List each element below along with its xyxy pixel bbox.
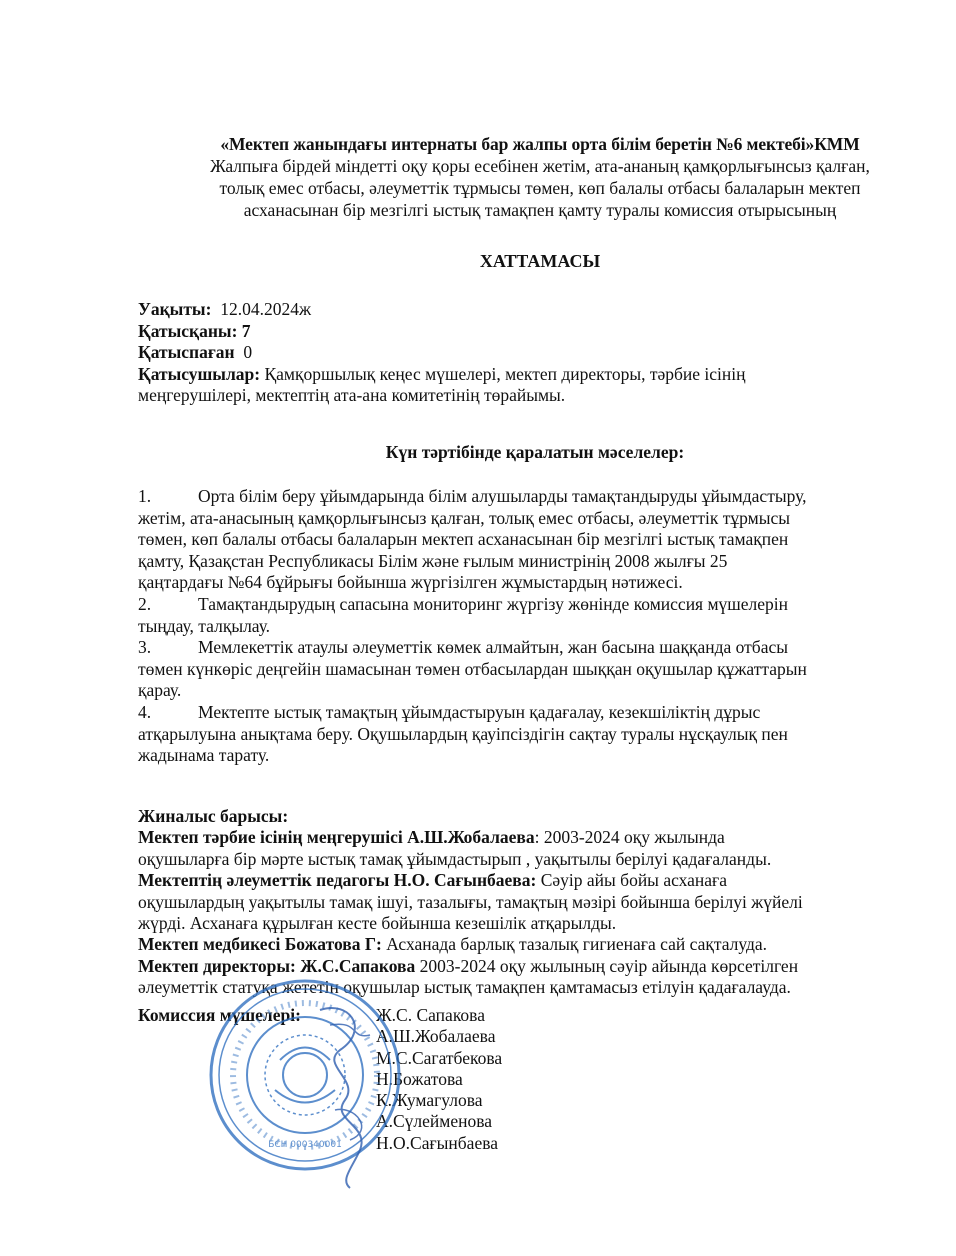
time-value: 12.04.2024ж [220, 299, 311, 319]
commission-member: Н.О.Сағынбаева [376, 1133, 502, 1154]
report-text: Асханада барлық тазалық гигиенаға сай са… [382, 934, 767, 954]
agenda-text: қамту, Қазақстан Республикасы Білім және… [138, 551, 928, 573]
agenda-item: 3.Мемлекеттік атаулы әлеуметтік көмек ал… [138, 637, 928, 702]
report-item: Мектептің әлеуметтік педагогы Н.О. Сағын… [138, 870, 938, 934]
absent-label: Қатыспаған [138, 342, 235, 362]
stamp-id-text: БСН 000340001 [268, 1140, 342, 1150]
meta-present: Қатысқаны: 7 [138, 321, 928, 343]
agenda-text: Орта білім беру ұйымдарында білім алушыл… [198, 486, 807, 506]
agenda-text: жетім, ата-анасының қамқорлығынсыз қалға… [138, 508, 928, 530]
report-text: жүрді. Асханаға құрылған кесте бойынша к… [138, 913, 938, 934]
agenda-text: атқарылуына анықтама беру. Оқушылардың қ… [138, 724, 928, 746]
meta-participants: Қатысушылар: Қамқоршылық кеңес мүшелері,… [138, 364, 928, 386]
agenda-item: 2.Тамақтандырудың сапасына мониторинг жү… [138, 594, 928, 637]
participants-continued: меңгерушілері, мектептің ата-ана комитет… [138, 385, 928, 407]
agenda-text: төмен, көп балалы отбасы балаларын мекте… [138, 529, 928, 551]
commission-member: А.Ш.Жобалаева [376, 1026, 502, 1047]
document-heading: ХАТТАМАСЫ [140, 250, 940, 272]
report-speaker: Мектеп медбикесі Божатова Г: [138, 934, 382, 954]
commission-member: Н.Божатова [376, 1069, 502, 1090]
agenda-item: 1.Орта білім беру ұйымдарында білім алуш… [138, 486, 928, 594]
report-text: Сәуір айы бойы асханаға [536, 870, 727, 890]
report-speaker: Мектептің әлеуметтік педагогы Н.О. Сағын… [138, 870, 536, 890]
meta-absent: Қатыспаған 0 [138, 342, 928, 364]
agenda-number: 3. [138, 637, 198, 659]
time-label: Уақыты: [138, 299, 211, 319]
commission-member: К.Жумагулова [376, 1090, 502, 1111]
protocol-document: «Мектеп жанындағы интернаты бар жалпы ор… [0, 0, 956, 1256]
organization-title: «Мектеп жанындағы интернаты бар жалпы ор… [140, 133, 940, 155]
participants-label: Қатысушылар: [138, 364, 260, 384]
agenda-title: Күн тәртібінде қаралатын мәселелер: [140, 441, 930, 463]
agenda-list: 1.Орта білім беру ұйымдарында білім алуш… [138, 486, 928, 767]
present-value: 7 [242, 321, 251, 341]
agenda-text: Мемлекеттік атаулы әлеуметтік көмек алма… [198, 637, 788, 657]
report-item: Мектеп директоры: Ж.С.Сапакова 2003-2024… [138, 956, 938, 999]
report-speaker: Мектеп тәрбие ісінің меңгерушісі А.Ш.Жоб… [138, 827, 535, 847]
subtitle-line: Жалпыға бірдей міндетті оқу қоры есебіне… [140, 155, 940, 177]
agenda-text: Мектепте ыстық тамақтың ұйымдастыруын қа… [198, 702, 760, 722]
present-label: Қатысқаны: [138, 321, 237, 341]
agenda-number: 1. [138, 486, 198, 508]
agenda-item: 4.Мектепте ыстық тамақтың ұйымдастыруын … [138, 702, 928, 767]
report-text: әлеуметтік статуқа жететін оқушылар ысты… [138, 977, 938, 998]
meeting-meta: Уақыты: 12.04.2024ж Қатысқаны: 7 Қатыспа… [138, 299, 928, 407]
absent-value: 0 [243, 342, 252, 362]
meta-time: Уақыты: 12.04.2024ж [138, 299, 928, 321]
agenda-text: төмен күнкөріс деңгейін шамасынан төмен … [138, 659, 928, 681]
report-item: Мектеп медбикесі Божатова Г: Асханада ба… [138, 934, 938, 955]
participants-text: Қамқоршылық кеңес мүшелері, мектеп дирек… [264, 364, 745, 384]
proceedings-title: Жиналыс барысы: [138, 806, 288, 826]
document-subtitle: Жалпыға бірдей міндетті оқу қоры есебіне… [140, 155, 940, 221]
agenda-text: тыңдау, талқылау. [138, 616, 928, 638]
agenda-text: жадынама тарату. [138, 745, 928, 767]
meeting-proceedings: Жиналыс барысы: Мектеп тәрбие ісінің мең… [138, 806, 938, 999]
agenda-number: 4. [138, 702, 198, 724]
report-speaker: Мектеп директоры: Ж.С.Сапакова [138, 956, 415, 976]
agenda-number: 2. [138, 594, 198, 616]
subtitle-line: толық емес отбасы, әлеуметтік тұрмысы тө… [140, 177, 940, 199]
report-text: оқушыларға бір мәрте ыстық тамақ ұйымдас… [138, 849, 938, 870]
report-text: : 2003-2024 оқу жылында [535, 827, 725, 847]
commission-member: А.Сүлейменова [376, 1111, 502, 1132]
subtitle-line: асханасынан бір мезгілгі ыстық тамақпен … [140, 199, 940, 221]
report-text: 2003-2024 оқу жылының сәуір айында көрсе… [415, 956, 798, 976]
commission-member: М.С.Сагатбекова [376, 1048, 502, 1069]
report-text: оқушылардың уақытылы тамақ ішуі, тазалығ… [138, 892, 938, 913]
agenda-text: қаңтардағы №64 бұйрығы бойынша жүргізілг… [138, 572, 928, 594]
commission-member: Ж.С. Сапакова [376, 1005, 502, 1026]
commission-members: Ж.С. Сапакова А.Ш.Жобалаева М.С.Сагатбек… [376, 1005, 502, 1154]
agenda-text: қарау. [138, 680, 928, 702]
commission-label: Комиссия мүшелері: [138, 1005, 301, 1026]
agenda-text: Тамақтандырудың сапасына мониторинг жүрг… [198, 594, 788, 614]
report-item: Мектеп тәрбие ісінің меңгерушісі А.Ш.Жоб… [138, 827, 938, 870]
